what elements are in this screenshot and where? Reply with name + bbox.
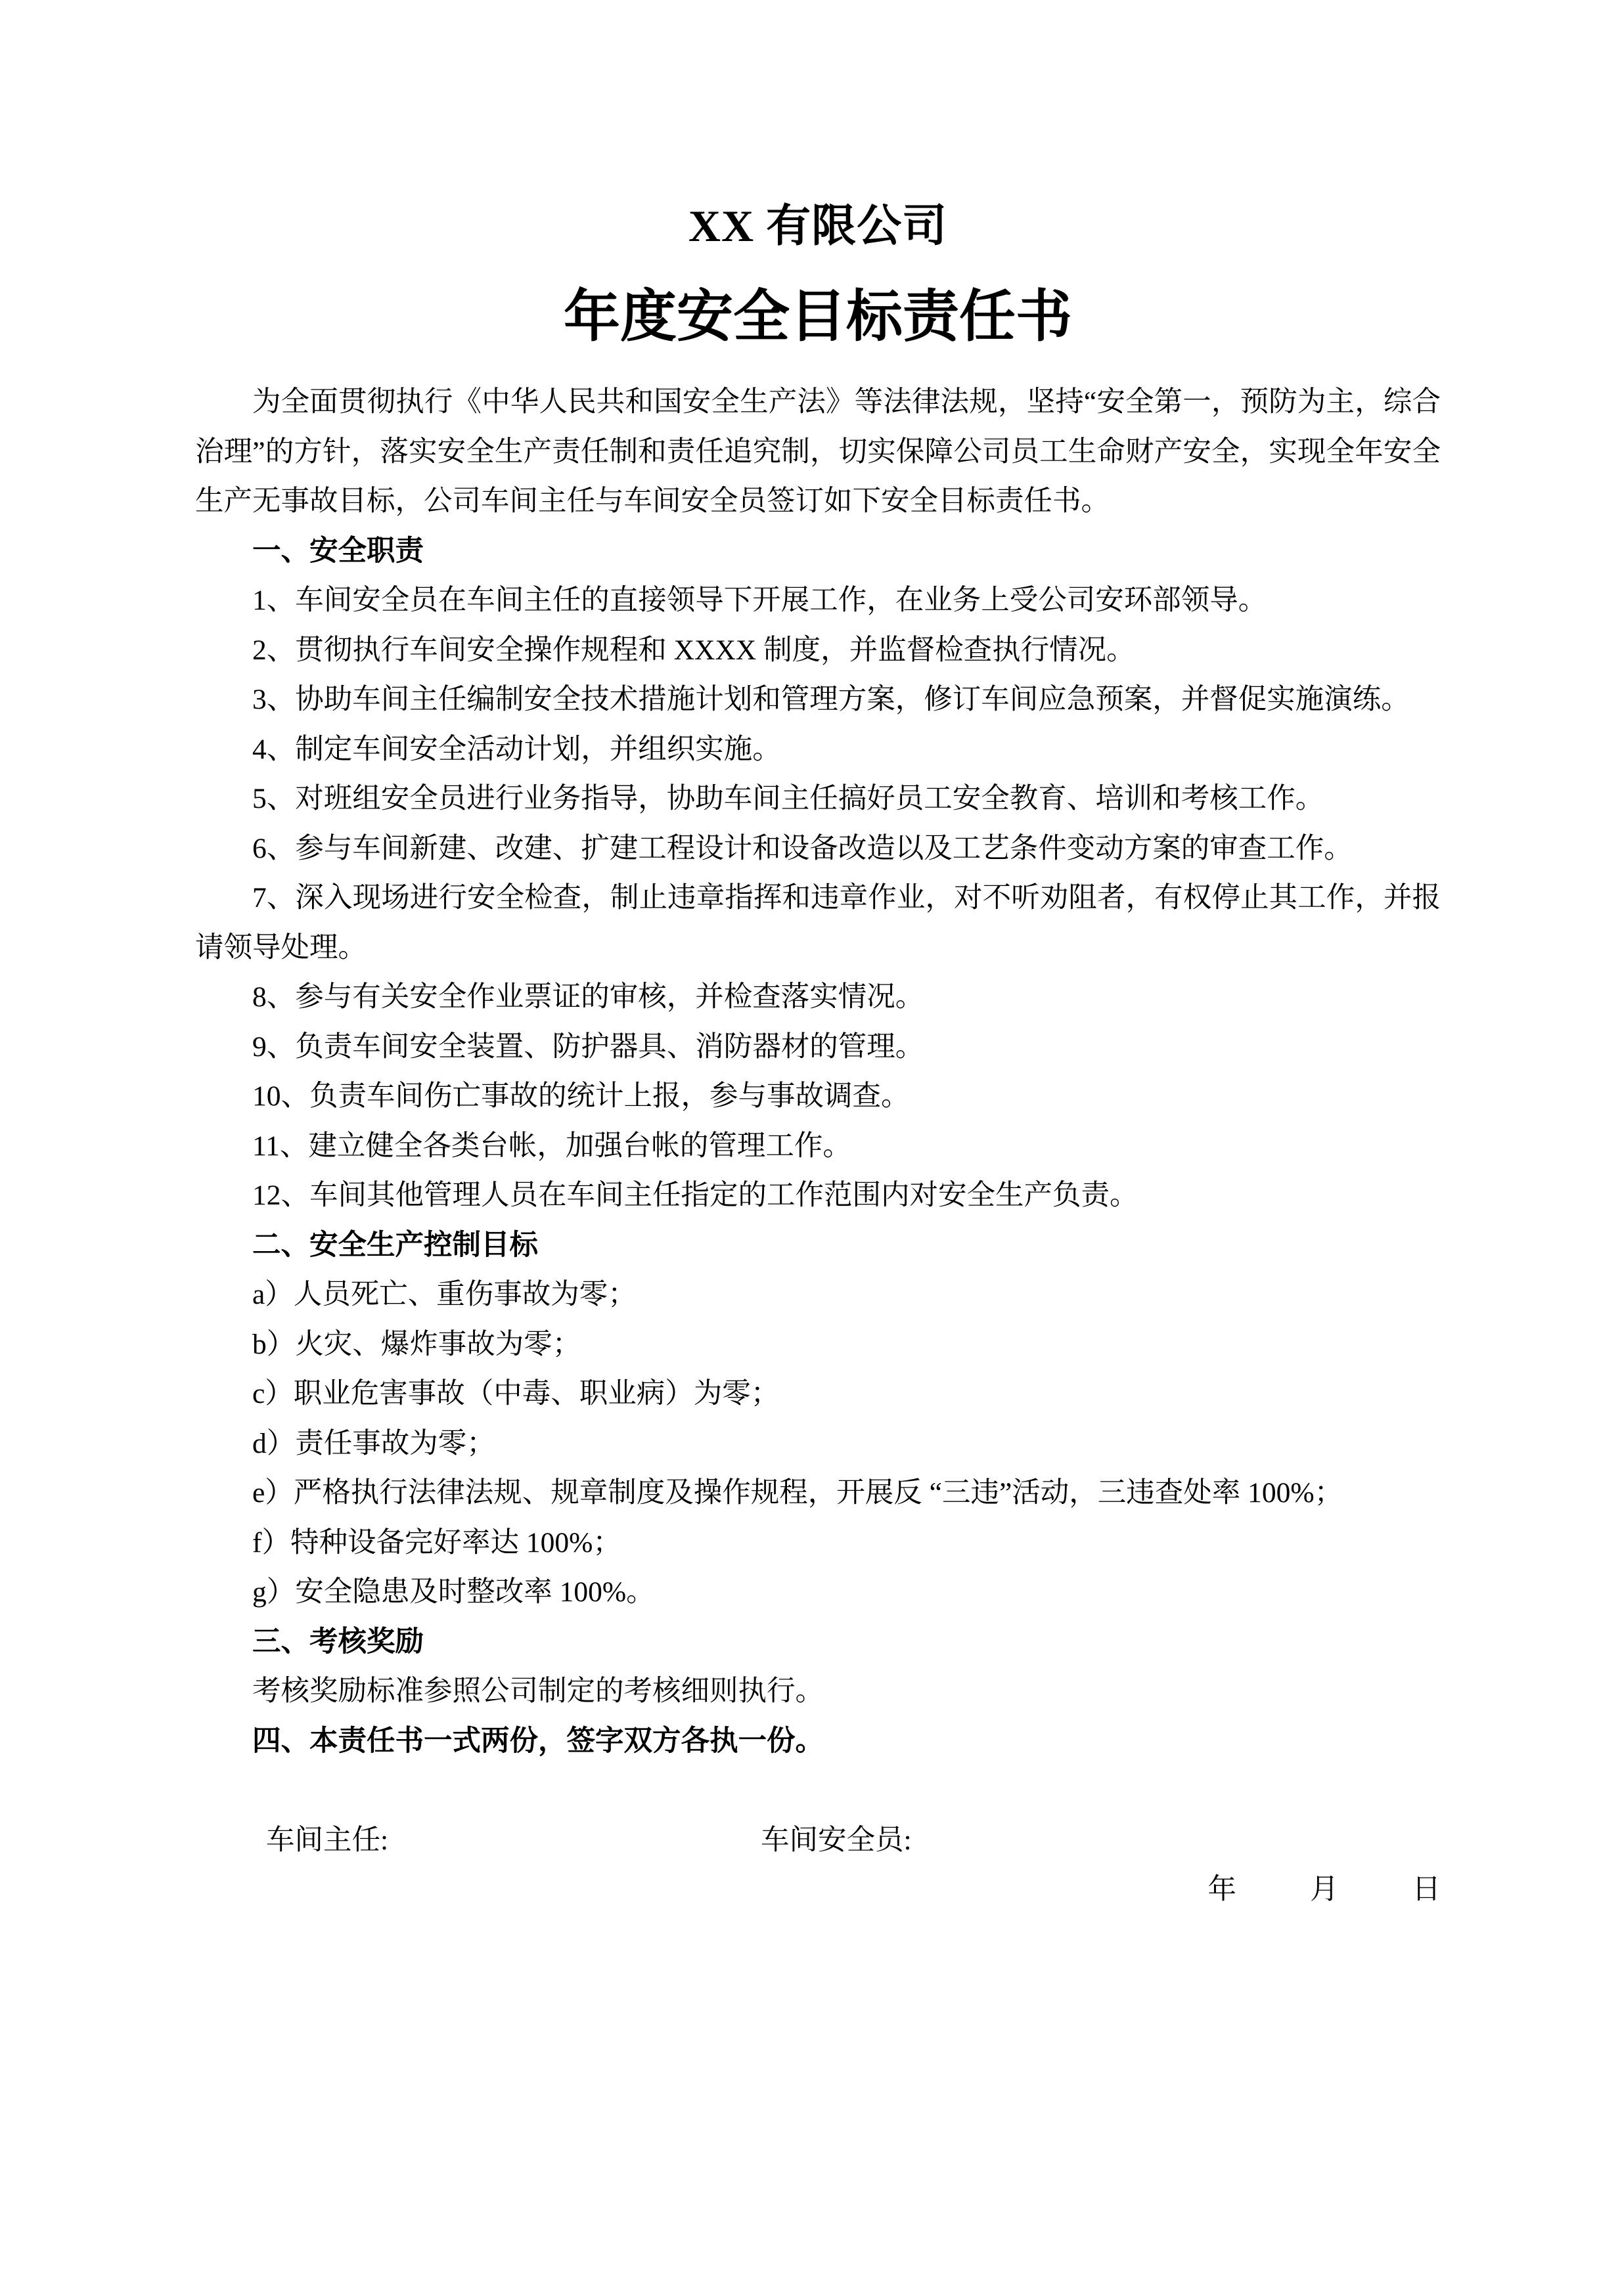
date-line: 年 月 日: [195, 1865, 1441, 1915]
year-label: 年: [1208, 1865, 1237, 1915]
section-2-item: f）特种设备完好率达 100%；: [195, 1518, 1441, 1568]
signature-row: 车间主任: 车间安全员:: [195, 1816, 1441, 1866]
section-1-item: 9、负责车间安全装置、防护器具、消防器材的管理。: [195, 1023, 1441, 1072]
section-2-item: d）责任事故为零；: [195, 1419, 1441, 1469]
document-page: XX 有限公司 年度安全目标责任书 为全面贯彻执行《中华人民共和国安全生产法》等…: [0, 0, 1622, 2296]
section-1-item: 6、参与车间新建、改建、扩建工程设计和设备改造以及工艺条件变动方案的审查工作。: [195, 824, 1441, 874]
month-label: 月: [1310, 1865, 1339, 1915]
day-label: 日: [1412, 1865, 1441, 1915]
section-2-item: g）安全隐患及时整改率 100%。: [195, 1568, 1441, 1618]
document-content: XX 有限公司 年度安全目标责任书 为全面贯彻执行《中华人民共和国安全生产法》等…: [195, 0, 1441, 1915]
section-1-item: 4、制定车间安全活动计划，并组织实施。: [195, 725, 1441, 775]
section-1-heading: 一、安全职责: [195, 527, 1441, 577]
section-1-item: 12、车间其他管理人员在车间主任指定的工作范围内对安全生产负责。: [195, 1171, 1441, 1221]
section-1-item: 7、深入现场进行安全检查，制止违章指挥和违章作业，对不听劝阻者，有权停止其工作，…: [195, 873, 1441, 973]
section-1-item: 2、贯彻执行车间安全操作规程和 XXXX 制度，并监督检查执行情况。: [195, 626, 1441, 676]
section-1-item: 8、参与有关安全作业票证的审核，并检查落实情况。: [195, 973, 1441, 1023]
section-2-item: a）人员死亡、重伤事故为零；: [195, 1270, 1441, 1320]
intro-paragraph: 为全面贯彻执行《中华人民共和国安全生产法》等法律法规，坚持“安全第一，预防为主，…: [195, 378, 1441, 527]
section-3-item: 考核奖励标准参照公司制定的考核细则执行。: [195, 1667, 1441, 1717]
section-1-item: 5、对班组安全员进行业务指导，协助车间主任搞好员工安全教育、培训和考核工作。: [195, 774, 1441, 824]
section-1-item: 3、协助车间主任编制安全技术措施计划和管理方案，修订车间应急预案，并督促实施演练…: [195, 675, 1441, 725]
section-2-heading: 二、安全生产控制目标: [195, 1221, 1441, 1271]
section-1-item: 10、负责车间伤亡事故的统计上报，参与事故调查。: [195, 1072, 1441, 1122]
section-4-heading: 四、本责任书一式两份，签字双方各执一份。: [195, 1717, 1441, 1767]
workshop-director-label: 车间主任:: [266, 1816, 388, 1866]
section-2-item: e）严格执行法律法规、规章制度及操作规程，开展反 “三违”活动，三违查处率 10…: [195, 1468, 1441, 1518]
section-1-item: 1、车间安全员在车间主任的直接领导下开展工作，在业务上受公司安环部领导。: [195, 576, 1441, 626]
section-2-item: c）职业危害事故（中毒、职业病）为零；: [195, 1369, 1441, 1419]
section-2-item: b）火灾、爆炸事故为零；: [195, 1320, 1441, 1370]
section-3-heading: 三、考核奖励: [195, 1618, 1441, 1667]
workshop-safety-officer-label: 车间安全员:: [761, 1816, 912, 1866]
document-body: 为全面贯彻执行《中华人民共和国安全生产法》等法律法规，坚持“安全第一，预防为主，…: [195, 378, 1441, 1915]
document-title: 年度安全目标责任书: [195, 274, 1441, 359]
section-1-item: 11、建立健全各类台帐，加强台帐的管理工作。: [195, 1122, 1441, 1172]
company-title: XX 有限公司: [195, 192, 1441, 259]
